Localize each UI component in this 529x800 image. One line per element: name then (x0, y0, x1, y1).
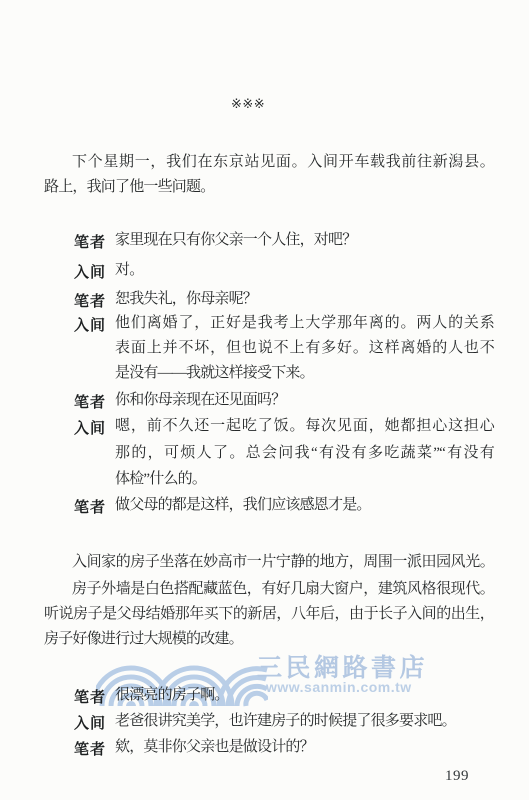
speaker-label: 笔者 (74, 290, 106, 311)
dialogue-line: 嗯，前不久还一起吃了饭。每次见面，她都担心这担心 (115, 417, 494, 435)
house-paragraph-line: 房子外墙是白色搭配藏蓝色，有好几扇大窗户，建筑风格很现代。 (44, 580, 494, 598)
speaker-label: 笔者 (74, 738, 106, 759)
speaker-label: 笔者 (74, 496, 106, 517)
dialogue-line: 老爸很讲究美学，也许建房子的时候提了很多要求吧。 (115, 712, 494, 730)
house-paragraph-line: 房子好像进行过大规模的改建。 (44, 630, 494, 648)
dialogue-line: 家里现在只有你父亲一个人住，对吧？ (115, 231, 494, 249)
dialogue-line: 很漂亮的房子啊。 (115, 686, 494, 704)
dialogue-line: 体检”什么的。 (115, 470, 494, 488)
dialogue-line: 他们离婚了，正好是我考上大学那年离的。两人的关系 (115, 314, 494, 332)
dialogue-line: 做父母的都是这样，我们应该感恩才是。 (115, 496, 494, 514)
dialogue-line: 对。 (115, 261, 494, 279)
intro-paragraph-line: 路上，我问了他一些问题。 (44, 178, 494, 196)
dialogue-line: 欸，莫非你父亲也是做设计的？ (115, 738, 494, 756)
dialogue-line: 你和你母亲现在还见面吗？ (115, 391, 494, 409)
dialogue-line: 表面上并不坏，但也说不上有多好。这样离婚的人也不 (115, 339, 494, 357)
house-paragraph-line: 入间家的房子坐落在妙高市一片宁静的地方，周围一派田园风光。 (44, 553, 494, 571)
speaker-label: 笔者 (74, 231, 106, 252)
speaker-label: 笔者 (74, 391, 106, 412)
section-separator: ※※※ (231, 96, 265, 112)
speaker-label: 入间 (74, 261, 106, 282)
speaker-label: 入间 (74, 314, 106, 335)
dialogue-line: 那的，可烦人了。总会问我“有没有多吃蔬菜”“有没有 (115, 444, 494, 462)
intro-paragraph-line: 下个星期一，我们在东京站见面。入间开车载我前往新潟县。 (44, 153, 494, 171)
speaker-label: 入间 (74, 417, 106, 438)
house-paragraph-line: 听说房子是父母结婚那年买下的新居，八年后，由于长子入间的出生， (44, 605, 494, 623)
speaker-label: 入间 (74, 712, 106, 733)
page-number: 199 (445, 768, 469, 785)
speaker-label: 笔者 (74, 686, 106, 707)
dialogue-line: 是没有——我就这样接受下来。 (115, 364, 494, 382)
dialogue-line: 恕我失礼，你母亲呢？ (115, 290, 494, 308)
book-page: 三民網路書店 www.sanmin.com.tw ※※※ 下个星期一，我们在东京… (0, 0, 529, 800)
